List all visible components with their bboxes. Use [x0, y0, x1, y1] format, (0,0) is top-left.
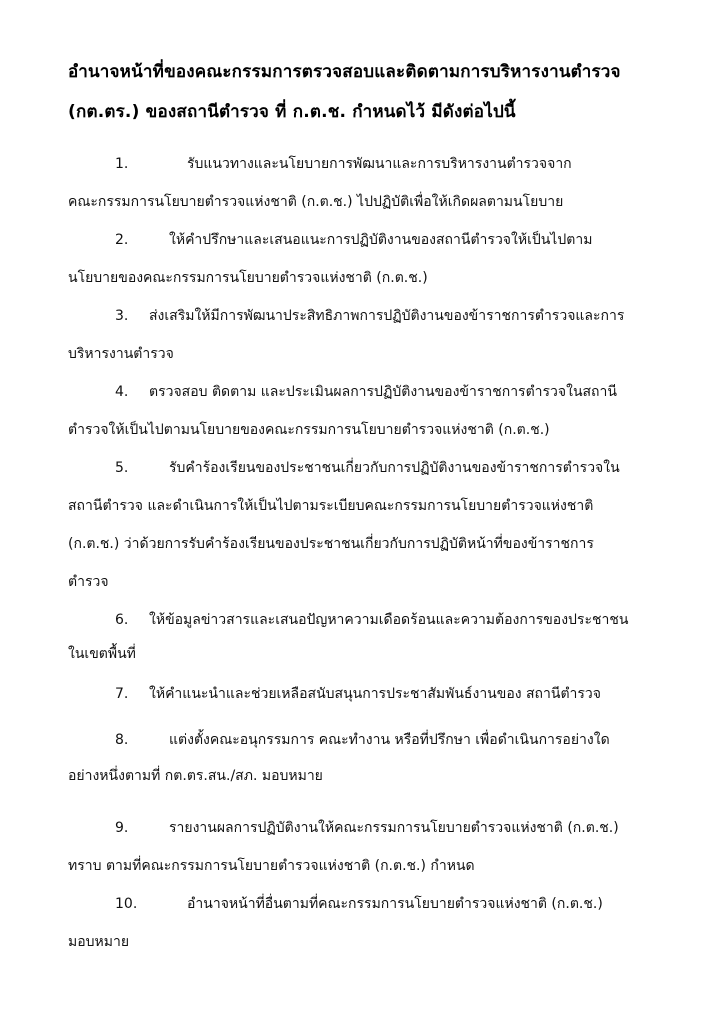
item-number: 9. — [115, 820, 141, 836]
list-item-8-continuation: อย่างหนึ่งตามที่ กต.ตร.สน./สภ. มอบหมาย — [68, 765, 323, 787]
list-item-3: 3.ส่งเสริมให้มีการพัฒนาประสิทธิภาพการปฏิ… — [115, 305, 624, 327]
list-item-5-continuation: (ก.ต.ช.) ว่าด้วยการรับคำร้องเรียนของประช… — [68, 533, 594, 555]
list-item-8: 8.แต่งตั้งคณะอนุกรรมการ คณะทำงาน หรือที่… — [115, 729, 610, 751]
item-number: 7. — [115, 686, 141, 702]
list-item-1: 1.รับแนวทางและนโยบายการพัฒนาและการบริหาร… — [115, 153, 572, 175]
list-item-6-continuation: ในเขตพื้นที่ — [68, 643, 136, 665]
item-text: รับคำร้องเรียนของประชาชนเกี่ยวกับการปฏิบ… — [169, 460, 620, 476]
list-item-1-continuation: คณะกรรมการนโยบายตำรวจแห่งชาติ (ก.ต.ช.) ไ… — [68, 191, 563, 213]
item-text: รับแนวทางและนโยบายการพัฒนาและการบริหารงา… — [187, 156, 572, 172]
list-item-6: 6.ให้ข้อมูลข่าวสารและเสนอปัญหาความเดือดร… — [115, 609, 628, 631]
item-text: ส่งเสริมให้มีการพัฒนาประสิทธิภาพการปฏิบั… — [149, 308, 624, 324]
item-text: ตรวจสอบ ติดตาม และประเมินผลการปฏิบัติงาน… — [149, 384, 617, 400]
list-item-7: 7.ให้คำแนะนำและช่วยเหลือสนับสนุนการประชา… — [115, 683, 601, 705]
item-number: 10. — [115, 896, 141, 912]
item-text: ให้ข้อมูลข่าวสารและเสนอปัญหาความเดือดร้อ… — [149, 612, 628, 628]
item-text: อำนาจหน้าที่อื่นตามที่คณะกรรมการนโยบายตำ… — [187, 896, 603, 912]
document-page: อำนาจหน้าที่ของคณะกรรมการตรวจสอบและติดตา… — [0, 0, 725, 1024]
list-item-5-continuation: ตำรวจ — [68, 571, 109, 593]
list-item-4: 4.ตรวจสอบ ติดตาม และประเมินผลการปฏิบัติง… — [115, 381, 617, 403]
item-number: 3. — [115, 308, 141, 324]
item-text: ให้คำปรึกษาและเสนอแนะการปฏิบัติงานของสถา… — [169, 232, 592, 248]
item-number: 8. — [115, 732, 141, 748]
list-item-2-continuation: นโยบายของคณะกรรมการนโยบายตำรวจแห่งชาติ (… — [68, 267, 428, 289]
item-text: แต่งตั้งคณะอนุกรรมการ คณะทำงาน หรือที่ปร… — [169, 732, 610, 748]
item-number: 5. — [115, 460, 141, 476]
list-item-5-continuation: สถานีตำรวจ และดำเนินการให้เป็นไปตามระเบี… — [68, 495, 593, 517]
list-item-5: 5.รับคำร้องเรียนของประชาชนเกี่ยวกับการปฏ… — [115, 457, 620, 479]
list-item-9: 9.รายงานผลการปฏิบัติงานให้คณะกรรมการนโยบ… — [115, 817, 619, 839]
document-heading-line-2: (กต.ตร.) ของสถานีตำรวจ ที่ ก.ต.ช. กำหนดไ… — [68, 98, 668, 125]
list-item-2: 2.ให้คำปรึกษาและเสนอแนะการปฏิบัติงานของส… — [115, 229, 592, 251]
list-item-10-continuation: มอบหมาย — [68, 931, 129, 953]
list-item-9-continuation: ทราบ ตามที่คณะกรรมการนโยบายตำรวจแห่งชาติ… — [68, 855, 475, 877]
item-number: 4. — [115, 384, 141, 400]
item-text: รายงานผลการปฏิบัติงานให้คณะกรรมการนโยบาย… — [169, 820, 619, 836]
item-text: ให้คำแนะนำและช่วยเหลือสนับสนุนการประชาสั… — [149, 686, 601, 702]
list-item-4-continuation: ตำรวจให้เป็นไปตามนโยบายของคณะกรรมการนโยบ… — [68, 419, 550, 441]
list-item-3-continuation: บริหารงานตำรวจ — [68, 343, 174, 365]
document-heading-line-1: อำนาจหน้าที่ของคณะกรรมการตรวจสอบและติดตา… — [68, 58, 668, 85]
item-number: 1. — [115, 156, 141, 172]
list-item-10: 10.อำนาจหน้าที่อื่นตามที่คณะกรรมการนโยบา… — [115, 893, 603, 915]
item-number: 6. — [115, 612, 141, 628]
item-number: 2. — [115, 232, 141, 248]
